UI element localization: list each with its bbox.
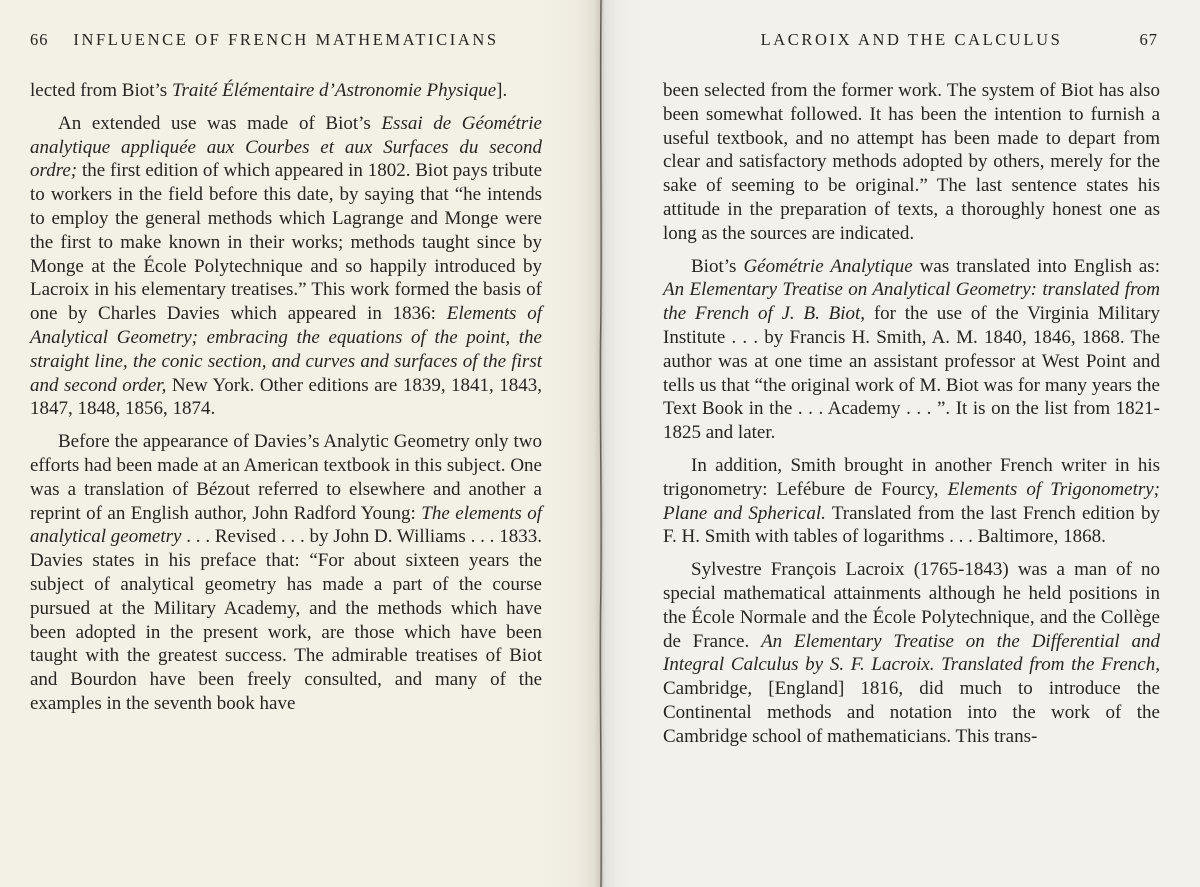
italic-text-segment: Géométrie Analytique [743,256,912,277]
text-segment: lected from Biot’s [30,80,172,101]
page-right: LACROIX AND THE CALCULUS 67 been selecte… [600,0,1200,887]
text-segment: been selected from the former work. The … [663,80,1160,244]
page-header-right: LACROIX AND THE CALCULUS 67 [663,30,1160,54]
paragraph: been selected from the former work. The … [663,79,1160,246]
paragraph: Before the appearance of Davies’s Analyt… [30,430,542,716]
page-number-right: 67 [1140,30,1159,50]
paragraph: lected from Biot’s Traité Élémentaire d’… [30,79,542,103]
running-head-left: INFLUENCE OF FRENCH MATHEMATICIANS [30,30,542,50]
text-segment: was translated into English as: [913,256,1160,277]
running-head-right: LACROIX AND THE CALCULUS [663,30,1160,50]
page-left: 66 INFLUENCE OF FRENCH MATHEMATICIANS le… [0,0,600,887]
paragraph: Sylvestre François Lacroix (1765-1843) w… [663,558,1160,748]
paragraph: An extended use was made of Biot’s Essai… [30,112,542,421]
paragraph: In addition, Smith brought in another Fr… [663,454,1160,549]
italic-text-segment: Traité Élémentaire d’Astronomie Physique [172,80,496,101]
text-segment: Cambridge, [England] 1816, did much to i… [663,678,1160,747]
text-segment: the first edition of which appeared in 1… [30,160,542,324]
text-segment: Biot’s [691,256,743,277]
page-number-left: 66 [30,30,49,50]
page-body-left: lected from Biot’s Traité Élémentaire d’… [30,79,542,716]
paragraph: Biot’s Géométrie Analytique was translat… [663,255,1160,445]
page-header-left: 66 INFLUENCE OF FRENCH MATHEMATICIANS [30,30,542,54]
book-spread: 66 INFLUENCE OF FRENCH MATHEMATICIANS le… [0,0,1200,887]
page-body-right: been selected from the former work. The … [663,79,1160,749]
text-segment: An extended use was made of Biot’s [58,113,381,134]
text-segment: . . . Revised . . . by John D. Williams … [30,526,542,714]
text-segment: ]. [496,80,507,101]
